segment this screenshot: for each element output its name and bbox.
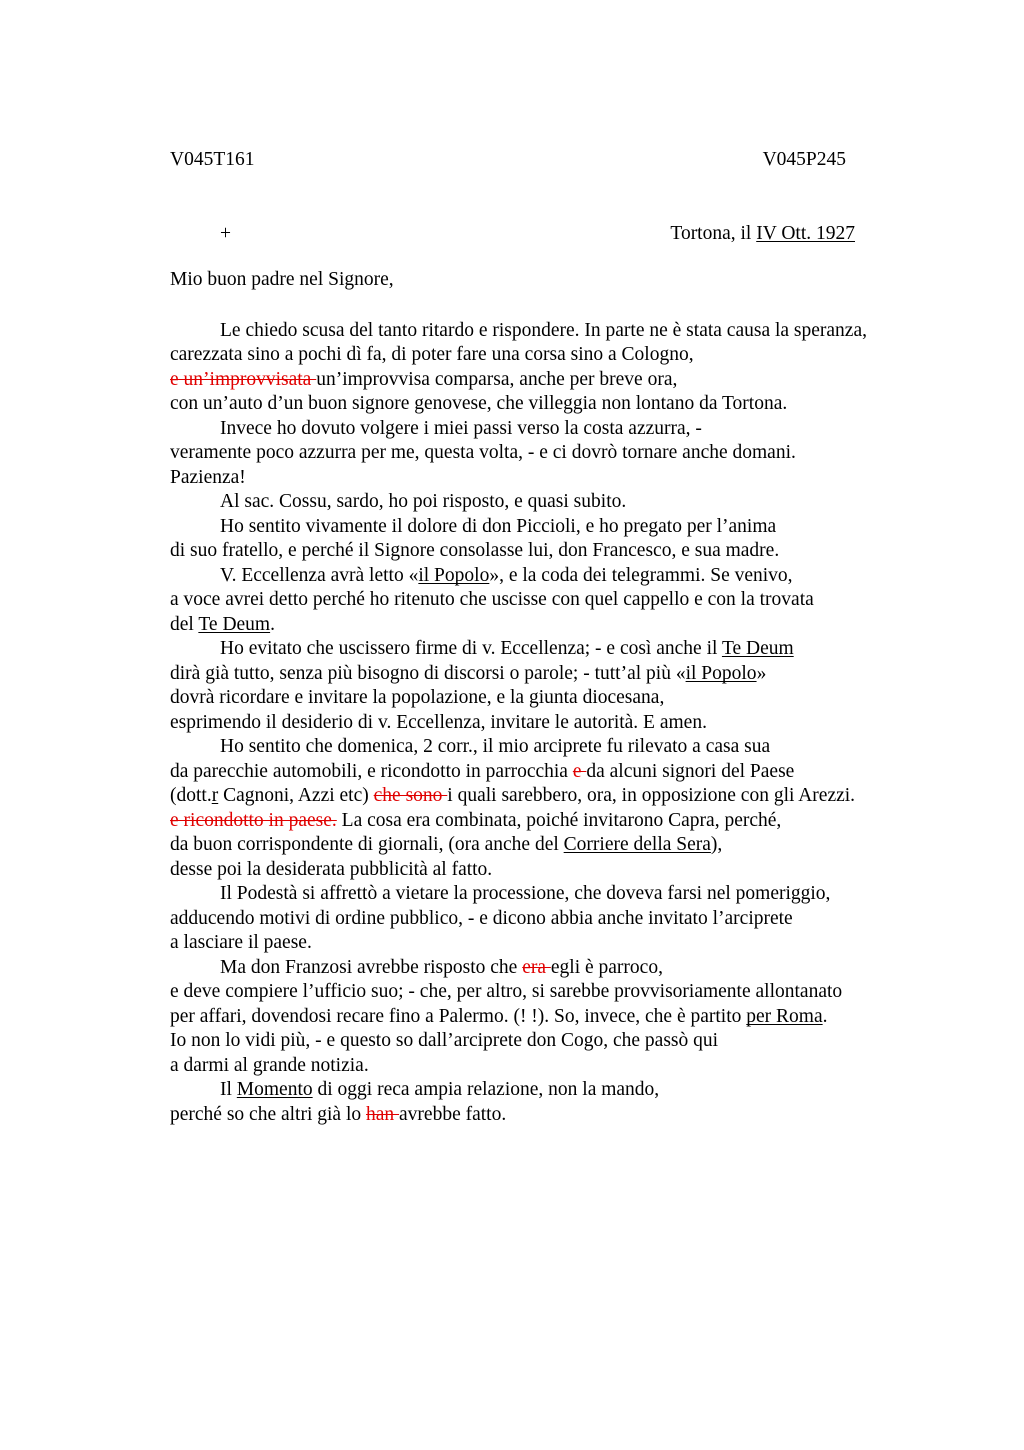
text-run: dirà già tutto, senza più bisogno di dis… bbox=[170, 663, 686, 684]
strikethrough-text: che sono bbox=[374, 785, 448, 806]
text-run: Ho evitato che uscissero firme di v. Ecc… bbox=[220, 638, 722, 659]
dateline: + Tortona, il IV Ott. 1927 bbox=[170, 222, 908, 247]
text-run: V. Eccellenza avrà letto « bbox=[220, 565, 418, 586]
text-run: a voce avrei detto perché ho ritenuto ch… bbox=[170, 589, 814, 610]
letter-line: Al sac. Cossu, sardo, ho poi risposto, e… bbox=[170, 490, 908, 515]
text-run: . bbox=[823, 1006, 828, 1027]
text-run: » bbox=[757, 663, 767, 684]
letter-line: esprimendo il desiderio di v. Eccellenza… bbox=[170, 711, 908, 736]
letter-line: da parecchie automobili, e ricondotto in… bbox=[170, 760, 908, 785]
text-run: veramente poco azzurra per me, questa vo… bbox=[170, 442, 796, 463]
text-run: Il bbox=[220, 1079, 237, 1100]
letter-line: Ho sentito che domenica, 2 corr., il mio… bbox=[170, 735, 908, 760]
archive-code-right: V045P245 bbox=[763, 148, 846, 173]
text-run: di suo fratello, e perché il Signore con… bbox=[170, 540, 779, 561]
text-run: Al sac. Cossu, sardo, ho poi risposto, e… bbox=[220, 491, 626, 512]
letter-line: e deve compiere l’ufficio suo; - che, pe… bbox=[170, 980, 908, 1005]
text-run: adducendo motivi di ordine pubblico, - e… bbox=[170, 908, 793, 929]
letter-line: dovrà ricordare e invitare la popolazion… bbox=[170, 686, 908, 711]
date: Tortona, il IV Ott. 1927 bbox=[670, 222, 855, 247]
letter-line: a lasciare il paese. bbox=[170, 931, 908, 956]
letter-line: desse poi la desiderata pubblicità al fa… bbox=[170, 858, 908, 883]
letter-line: a darmi al grande notizia. bbox=[170, 1054, 908, 1079]
text-run: e deve compiere l’ufficio suo; - che, pe… bbox=[170, 981, 842, 1002]
text-run: », e la coda dei telegrammi. Se venivo, bbox=[489, 565, 792, 586]
strikethrough-text: han bbox=[366, 1104, 399, 1125]
letter-line: e ricondotto in paese. La cosa era combi… bbox=[170, 809, 908, 834]
text-run: per affari, dovendosi recare fino a Pale… bbox=[170, 1006, 746, 1027]
text-run: egli è parroco, bbox=[551, 957, 663, 978]
letter-body: Le chiedo scusa del tanto ritardo e risp… bbox=[170, 319, 908, 1128]
underlined-text: il Popolo bbox=[418, 565, 489, 586]
letter-line: veramente poco azzurra per me, questa vo… bbox=[170, 441, 908, 466]
letter-line: Invece ho dovuto volgere i miei passi ve… bbox=[170, 417, 908, 442]
underlined-text: Te Deum bbox=[198, 614, 270, 635]
archive-header: V045T161 V045P245 bbox=[170, 148, 908, 173]
letter-line: di suo fratello, e perché il Signore con… bbox=[170, 539, 908, 564]
letter-line: perché so che altri già lo han avrebbe f… bbox=[170, 1103, 908, 1128]
text-run: i quali sarebbero, ora, in opposizione c… bbox=[447, 785, 855, 806]
text-run: a darmi al grande notizia. bbox=[170, 1055, 369, 1076]
text-run: ), bbox=[711, 834, 722, 855]
letter-line: (dott.r Cagnoni, Azzi etc) che sono i qu… bbox=[170, 784, 908, 809]
text-run: La cosa era combinata, poiché invitarono… bbox=[337, 810, 782, 831]
text-run: perché so che altri già lo bbox=[170, 1104, 366, 1125]
letter-line: adducendo motivi di ordine pubblico, - e… bbox=[170, 907, 908, 932]
underlined-text: Momento bbox=[237, 1079, 313, 1100]
letter-line: V. Eccellenza avrà letto «il Popolo», e … bbox=[170, 564, 908, 589]
text-run: del bbox=[170, 614, 198, 635]
letter-line: Ho sentito vivamente il dolore di don Pi… bbox=[170, 515, 908, 540]
text-run: Io non lo vidi più, - e questo so dall’a… bbox=[170, 1030, 718, 1051]
letter-line: Il Podestà si affrettò a vietare la proc… bbox=[170, 882, 908, 907]
text-run: Ho sentito vivamente il dolore di don Pi… bbox=[220, 516, 776, 537]
letter-line: con un’auto d’un buon signore genovese, … bbox=[170, 392, 908, 417]
text-run: esprimendo il desiderio di v. Eccellenza… bbox=[170, 712, 707, 733]
letter-line: Le chiedo scusa del tanto ritardo e risp… bbox=[170, 319, 908, 344]
text-run: avrebbe fatto. bbox=[399, 1104, 506, 1125]
text-run: (dott. bbox=[170, 785, 212, 806]
letter-line: Ma don Franzosi avrebbe risposto che era… bbox=[170, 956, 908, 981]
underlined-text: il Popolo bbox=[686, 663, 757, 684]
text-run: carezzata sino a pochi dì fa, di poter f… bbox=[170, 344, 694, 365]
letter-line: del Te Deum. bbox=[170, 613, 908, 638]
text-run: Le chiedo scusa del tanto ritardo e risp… bbox=[220, 320, 867, 341]
text-run: Il Podestà si affrettò a vietare la proc… bbox=[220, 883, 830, 904]
text-run: Cagnoni, Azzi etc) bbox=[218, 785, 373, 806]
text-run: Pazienza! bbox=[170, 467, 246, 488]
text-run: da parecchie automobili, e ricondotto in… bbox=[170, 761, 573, 782]
text-run: un’improvvisa comparsa, anche per breve … bbox=[316, 369, 677, 390]
document-page: V045T161 V045P245 + Tortona, il IV Ott. … bbox=[0, 0, 1024, 1450]
text-run: da buon corrispondente di giornali, (ora… bbox=[170, 834, 564, 855]
strikethrough-text: era bbox=[522, 957, 551, 978]
letter-line: per affari, dovendosi recare fino a Pale… bbox=[170, 1005, 908, 1030]
archive-code-left: V045T161 bbox=[170, 148, 255, 173]
cross-mark: + bbox=[220, 222, 231, 247]
letter-line: a voce avrei detto perché ho ritenuto ch… bbox=[170, 588, 908, 613]
strikethrough-text: e ricondotto in paese. bbox=[170, 810, 337, 831]
text-run: Invece ho dovuto volgere i miei passi ve… bbox=[220, 418, 702, 439]
text-run: . bbox=[270, 614, 275, 635]
text-run: Ma don Franzosi avrebbe risposto che bbox=[220, 957, 522, 978]
salutation: Mio buon padre nel Signore, bbox=[170, 268, 908, 293]
strikethrough-text: e bbox=[573, 761, 587, 782]
strikethrough-text: e un’improvvisata bbox=[170, 369, 316, 390]
text-run: con un’auto d’un buon signore genovese, … bbox=[170, 393, 787, 414]
underlined-text: Corriere della Sera bbox=[564, 834, 711, 855]
letter-line: carezzata sino a pochi dì fa, di poter f… bbox=[170, 343, 908, 368]
text-run: Ho sentito che domenica, 2 corr., il mio… bbox=[220, 736, 770, 757]
letter-line: dirà già tutto, senza più bisogno di dis… bbox=[170, 662, 908, 687]
letter-line: Il Momento di oggi reca ampia relazione,… bbox=[170, 1078, 908, 1103]
date-plain: Tortona, il bbox=[670, 223, 756, 244]
text-run: desse poi la desiderata pubblicità al fa… bbox=[170, 859, 492, 880]
text-run: dovrà ricordare e invitare la popolazion… bbox=[170, 687, 664, 708]
date-underlined: IV Ott. 1927 bbox=[756, 223, 855, 244]
letter-line: da buon corrispondente di giornali, (ora… bbox=[170, 833, 908, 858]
underlined-text: Te Deum bbox=[722, 638, 794, 659]
text-run: a lasciare il paese. bbox=[170, 932, 312, 953]
letter-line: Io non lo vidi più, - e questo so dall’a… bbox=[170, 1029, 908, 1054]
letter-line: e un’improvvisata un’improvvisa comparsa… bbox=[170, 368, 908, 393]
letter-line: Ho evitato che uscissero firme di v. Ecc… bbox=[170, 637, 908, 662]
letter-line: Pazienza! bbox=[170, 466, 908, 491]
underlined-text: per Roma bbox=[746, 1006, 822, 1027]
text-run: di oggi reca ampia relazione, non la man… bbox=[313, 1079, 660, 1100]
text-run: da alcuni signori del Paese bbox=[586, 761, 794, 782]
